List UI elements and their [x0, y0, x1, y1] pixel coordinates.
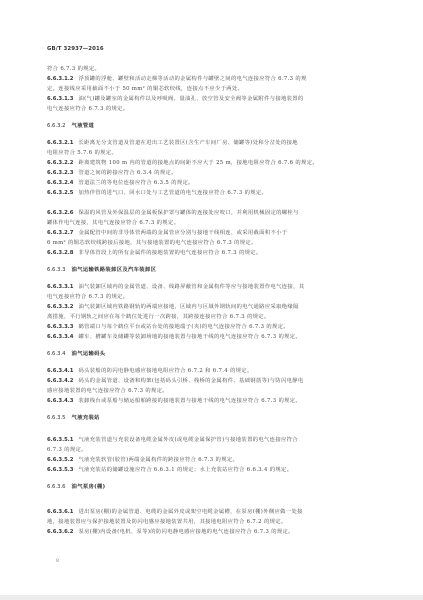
clause-line: 6.6.3.2.5加热伴管的进气口、回水口处与工艺管道的电气连接应符合 6.7.… — [47, 190, 382, 197]
clause-number: 6.6.3.2.3 — [47, 170, 73, 176]
section-title: 油气运输码头 — [72, 351, 106, 357]
clause-line: 6.7.3 的规定。 — [47, 447, 382, 454]
clause-line: 定。连接线应采用截面不小于 50 mm² 的铜芯软绞线，连接点不应少于两处。 — [47, 86, 382, 93]
clause-number: 6.6.3.2 — [47, 123, 66, 129]
clause-number: 6.6.3.2.6 — [47, 210, 73, 216]
clause-text: 电气连接应符合 6.7.3 的规定。 — [47, 106, 128, 112]
clause-line: 地，接地装置应与保护接地装置及防闪电感应接地装置共用，其接地电阻应符合 6.7.… — [47, 519, 382, 526]
clause-line: 电阻应符合 5.7.6 的规定。 — [47, 150, 382, 157]
clause-line: 电气连接应符合 6.7.3 的规定。 — [47, 294, 382, 301]
clause-number: 6.6.3.3.1 — [47, 284, 73, 290]
clause-text: 长距离无分支管道及管道在进出工艺装置区(含生产车间厂房、储罐等)处和分岔处的接地 — [78, 140, 297, 146]
viewer-bottom-bar — [0, 595, 423, 600]
clause-text: 管道法兰的等电位连接应符合 6.3.5 的规定。 — [78, 180, 193, 186]
clause-number: 6.6.3.2.1 — [47, 140, 73, 146]
clause-line: 6.6.3.2.2距离建筑物 100 m 内的管道的接地点的间距不应大于 25 … — [47, 160, 382, 167]
clause-text: 装卸栈台或泵船与储运船舶跨接的接地装置与接地干线的电气连接应符合 6.7.3 的… — [78, 398, 301, 404]
clause-number: 6.6.3.2.4 — [47, 180, 73, 186]
clause-text: 油(气)罐及罐室的金属构件以及呼吸阀、量油孔、放空管及安全阀等金属附件与接地装置… — [78, 96, 303, 102]
standard-code-header: GB/T 32937—2016 — [47, 46, 104, 52]
section-title: 油气运输铁路装卸区及汽车装卸区 — [72, 267, 157, 273]
clause-text: 罐车、槽罐车及储罐等装卸场地的接地装置与接地干线的电气连接应符合 6.7.3 的… — [78, 334, 301, 340]
clause-number: 6.6.3.2.8 — [47, 250, 73, 256]
clause-number: 6.6.3.6.2 — [47, 529, 73, 535]
clause-line: 6.6.3.3.3鹤管端口与每个鹤位平台或站台处的接地端子(夹)的电气连接应符合… — [47, 324, 382, 331]
section-heading: 6.6.3.5气液充装站 — [47, 415, 382, 422]
clause-line: 符合 6.7.3 的规定。 — [47, 66, 382, 73]
clause-line: 6.6.3.2.4管道法兰的等电位连接应符合 6.3.5 的规定。 — [47, 180, 382, 187]
clause-text: 加热伴管的进气口、回水口处与工艺管道的电气连接应符合 6.7.3 的规定。 — [78, 190, 267, 196]
clause-number: 6.6.3.3.4 — [47, 334, 73, 340]
clause-text: 码头装船的防闪电静电感应接地电阻应符合 6.7.2 和 6.7.4 的规定。 — [78, 368, 252, 374]
clause-line: 6.6.3.4.3装卸栈台或泵船与储运船舶跨接的接地装置与接地干线的电气连接应符… — [47, 398, 382, 405]
clause-line: 6.6.3.2.8非导体管段上的所有金属件的接地装置的电气连接应符合 6.7.3… — [47, 250, 382, 257]
clause-text: 浮顶罐的浮舱、罐壁和活动走梯等活动的金属构件与罐壁之间的电气连接应符合 6.7.… — [78, 76, 306, 82]
clause-text: 码头的金属管道、设备和构架(包括码头引桥、栈桥的金属构件、基础钢筋等)与防闪电静… — [78, 378, 303, 384]
clause-line: 离措施，平行钢轨之间应在每个鹤位处进行一次跨接，其跨接连接应符合 6.7.3 的… — [47, 314, 382, 321]
clause-line: 6.6.3.6.1进出泵房(棚)的金属管道、电缆的金属外皮或架空电缆金属槽，在泵… — [47, 509, 382, 516]
clause-number: 6.6.3.3.2 — [47, 304, 73, 310]
section-heading: 6.6.3.2气液管道 — [47, 123, 382, 130]
clause-line: 感应接地装置的电气连接应符合 6.7.3 的规定。 — [47, 388, 382, 395]
section-heading: 6.6.3.6油气泵房(棚) — [47, 484, 382, 491]
clause-text: 气液充装站的储罐设施应符合 6.6.3.1 的规定；水上充装站应符合 6.6.3… — [78, 467, 292, 473]
clause-line: 6.6.3.3.4罐车、槽罐车及储罐等装卸场地的接地装置与接地干线的电气连接应符… — [47, 334, 382, 341]
clause-number: 6.6.3.4 — [47, 351, 66, 357]
clause-number: 6.6.3.5 — [47, 415, 66, 421]
clause-number: 6.6.3.5.3 — [47, 467, 73, 473]
clause-text: 6.7.3 的规定。 — [47, 447, 87, 453]
section-heading: 6.6.3.3油气运输铁路装卸区及汽车装卸区 — [47, 267, 382, 274]
clause-text: 离措施，平行钢轨之间应在每个鹤位处进行一次跨接，其跨接连接应符合 6.7.3 的… — [47, 314, 270, 320]
clause-line: 6.6.3.2.7金属配管中间的非导体管两端的金属管应分别与接地干线相连，或采用… — [47, 230, 382, 237]
clause-line: 罐体作电气连接，其电气连接应符合 6.7.3 的规定。 — [47, 220, 382, 227]
clause-text: 保温的风管及外保温层的金属板保护罩与罐体的连接处应咬口，并利用机械固定的螺栓与 — [78, 210, 298, 216]
clause-line: 6.6.3.2.1长距离无分支管道及管道在进出工艺装置区(含生产车间厂房、储罐等… — [47, 140, 382, 147]
clause-number: 6.6.3.4.2 — [47, 378, 73, 384]
clause-text: 油气装卸区域内铁路钢轨的两端应接地，区域内与区域外钢轨间的电气通路应采取绝缘隔 — [78, 304, 298, 310]
document-page: GB/T 32937—2016 符合 6.7.3 的规定。6.6.3.1.2浮顶… — [0, 0, 423, 600]
clause-number: 6.6.3.4.1 — [47, 368, 73, 374]
clause-line: 6.6.3.3.2油气装卸区域内铁路钢轨的两端应接地，区域内与区域外钢轨间的电气… — [47, 304, 382, 311]
clause-text: 符合 6.7.3 的规定。 — [47, 66, 100, 72]
clause-number: 6.6.3.1.3 — [47, 96, 73, 102]
clause-number: 6.6.3.2.7 — [47, 230, 73, 236]
clause-text: 管道之间的跨接应符合 6.3.4 的规定。 — [78, 170, 176, 176]
clause-text: 气液充装软管(胶管)两端金属构件的跨接应符合 6.7.3 的规定。 — [78, 457, 238, 463]
clause-number: 6.6.3.3.3 — [47, 324, 73, 330]
clause-line: 6.6.3.5.1气液充装管道与充装设备电缆金属外皮(或电缆金属保护管)与接地装… — [47, 437, 382, 444]
page-number: 8 — [56, 559, 59, 564]
clause-line: 6.6.3.1.2浮顶罐的浮舱、罐壁和活动走梯等活动的金属构件与罐壁之间的电气连… — [47, 76, 382, 83]
clause-text: 非导体管段上的所有金属件的接地装置的电气连接应符合 6.7.3 的规定。 — [78, 250, 261, 256]
clause-number: 6.6.3.2.5 — [47, 190, 73, 196]
clause-line: 电气连接应符合 6.7.3 的规定。 — [47, 106, 382, 113]
clause-text: 罐体作电气连接，其电气连接应符合 6.7.3 的规定。 — [47, 220, 179, 226]
clause-text: 泵房(棚)内设备(电机、泵等)的防闪电静电感应接地的电气连接应符合 6.7.3 … — [78, 529, 293, 535]
clause-text: 6 mm² 的铜芯软绞线跨接后接地，其与接地装置的电气连接应符合 6.7.3 的… — [47, 240, 257, 246]
clause-line: 6.6.3.4.1码头装船的防闪电静电感应接地电阻应符合 6.7.2 和 6.7… — [47, 368, 382, 375]
clause-number: 6.6.3.6.1 — [47, 509, 73, 515]
clause-text: 电气连接应符合 6.7.3 的规定。 — [47, 294, 128, 300]
clause-text: 地，接地装置应与保护接地装置及防闪电感应接地装置共用，其接地电阻应符合 6.7.… — [47, 519, 287, 525]
clause-number: 6.6.3.4.3 — [47, 398, 73, 404]
clause-text: 油气装卸区域内的金属管道、设备、线路屏蔽管和金属构件等应与接地装置作电气连接，其 — [78, 284, 304, 290]
clause-number: 6.6.3.2.2 — [47, 160, 73, 166]
clause-line: 6.6.3.1.3油(气)罐及罐室的金属构件以及呼吸阀、量油孔、放空管及安全阀等… — [47, 96, 382, 103]
clause-number: 6.6.3.1.2 — [47, 76, 73, 82]
section-title: 气液充装站 — [72, 415, 100, 421]
clause-text: 定。连接线应采用截面不小于 50 mm² 的铜芯软绞线，连接点不应少于两处。 — [47, 86, 243, 92]
clause-line: 6.6.3.4.2码头的金属管道、设备和构架(包括码头引桥、栈桥的金属构件、基础… — [47, 378, 382, 385]
clause-text: 进出泵房(棚)的金属管道、电缆的金属外皮或架空电缆金属槽，在泵房(棚)外侧应做一… — [78, 509, 302, 515]
clause-line: 6 mm² 的铜芯软绞线跨接后接地，其与接地装置的电气连接应符合 6.7.3 的… — [47, 240, 382, 247]
clause-line: 6.6.3.6.2泵房(棚)内设备(电机、泵等)的防闪电静电感应接地的电气连接应… — [47, 529, 382, 536]
clause-line: 6.6.3.5.3气液充装站的储罐设施应符合 6.6.3.1 的规定；水上充装站… — [47, 467, 382, 474]
clause-number: 6.6.3.5.1 — [47, 437, 73, 443]
clause-text: 电阻应符合 5.7.6 的规定。 — [47, 150, 117, 156]
clause-number: 6.6.3.3 — [47, 267, 66, 273]
clause-text: 金属配管中间的非导体管两端的金属管应分别与接地干线相连，或采用截面积不小于 — [78, 230, 287, 236]
section-title: 油气泵房(棚) — [72, 484, 106, 490]
clause-text: 感应接地装置的电气连接应符合 6.7.3 的规定。 — [47, 388, 168, 394]
clause-number: 6.6.3.6 — [47, 484, 66, 490]
clause-line: 6.6.3.2.3管道之间的跨接应符合 6.3.4 的规定。 — [47, 170, 382, 177]
section-heading: 6.6.3.4油气运输码头 — [47, 351, 382, 358]
clause-line: 6.6.3.3.1油气装卸区域内的金属管道、设备、线路屏蔽管和金属构件等应与接地… — [47, 284, 382, 291]
clause-line: 6.6.3.5.2气液充装软管(胶管)两端金属构件的跨接应符合 6.7.3 的规… — [47, 457, 382, 464]
clause-text: 距离建筑物 100 m 内的管道的接地点的间距不应大于 25 m，接地电阻应符合… — [78, 160, 318, 166]
clause-text: 气液充装管道与充装设备电缆金属外皮(或电缆金属保护管)与接地装置的电气连接应符合 — [78, 437, 297, 443]
clause-line: 6.6.3.2.6保温的风管及外保温层的金属板保护罩与罐体的连接处应咬口，并利用… — [47, 210, 382, 217]
clause-text: 鹤管端口与每个鹤位平台或站台处的接地端子(夹)的电气连接应符合 6.7.3 的规… — [78, 324, 288, 330]
clause-number: 6.6.3.5.2 — [47, 457, 73, 463]
section-title: 气液管道 — [72, 123, 95, 129]
